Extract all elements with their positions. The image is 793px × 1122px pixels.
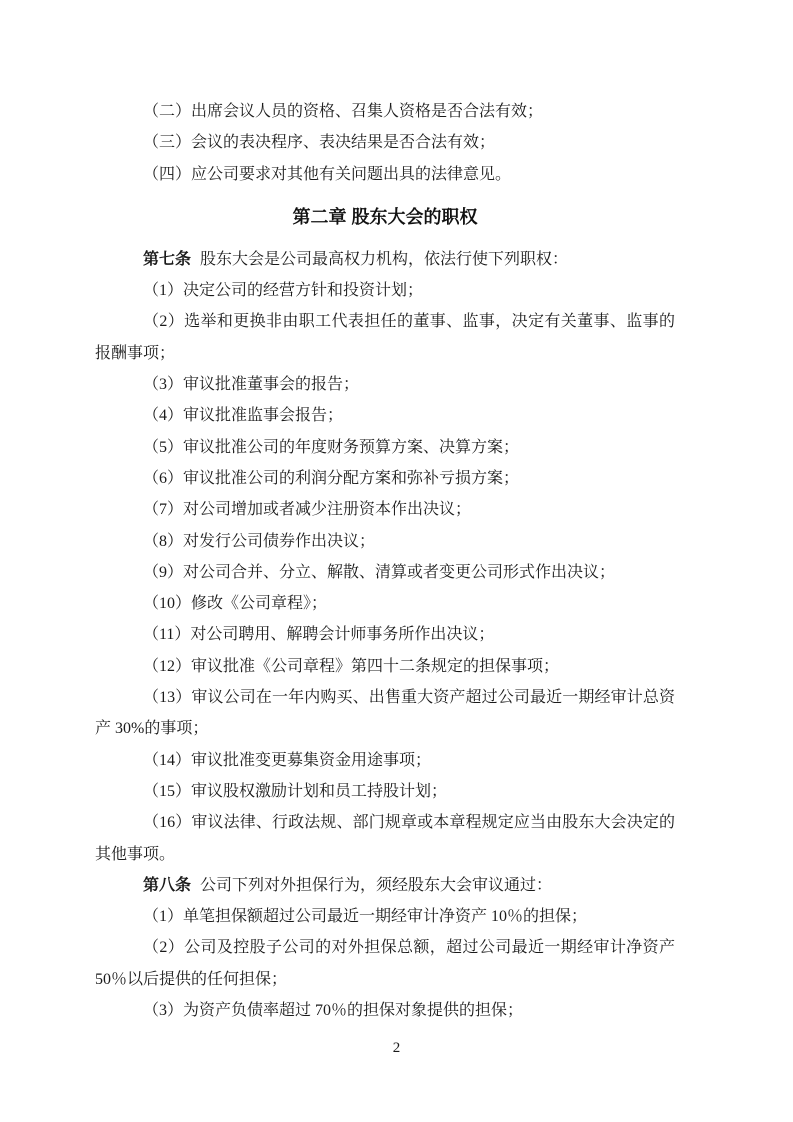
clause-item: （12）审议批准《公司章程》第四十二条规定的担保事项； xyxy=(95,651,675,682)
clause-item: （6）审议批准公司的利润分配方案和弥补亏损方案； xyxy=(95,463,675,494)
clause-text: （13）审议公司在一年内购买、出售重大资产超过公司最近一期经审计总资产 30%的… xyxy=(95,689,675,737)
clause-text: （1）决定公司的经营方针和投资计划； xyxy=(143,282,423,299)
clause-text: （6）审议批准公司的利润分配方案和弥补亏损方案； xyxy=(143,470,519,487)
clause-text: （8）对发行公司债券作出决议； xyxy=(143,533,375,550)
clause-item: （二）出席会议人员的资格、召集人资格是否合法有效； xyxy=(95,96,675,127)
article-text: 公司下列对外担保行为，须经股东大会审议通过： xyxy=(200,877,552,894)
clause-text: （12）审议批准《公司章程》第四十二条规定的担保事项； xyxy=(143,658,559,675)
clause-text: （3）为资产负债率超过 70％的担保对象提供的担保； xyxy=(143,1002,523,1019)
clause-text: （二）出席会议人员的资格、召集人资格是否合法有效； xyxy=(143,103,543,120)
clause-text: （1）单笔担保额超过公司最近一期经审计净资产 10％的担保； xyxy=(143,908,587,925)
clause-text: （3）审议批准董事会的报告； xyxy=(143,376,359,393)
clause-item: （1）决定公司的经营方针和投资计划； xyxy=(95,275,675,306)
clause-text: （7）对公司增加或者减少注册资本作出决议； xyxy=(143,501,471,518)
clause-item: （三）会议的表决程序、表决结果是否合法有效； xyxy=(95,127,675,158)
chapter-heading: 第二章 股东大会的职权 xyxy=(95,200,675,234)
clause-text: （15）审议股权激励计划和员工持股计划； xyxy=(143,783,447,800)
clause-item: （15）审议股权激励计划和员工持股计划； xyxy=(95,776,675,807)
clause-text: （2）选举和更换非由职工代表担任的董事、监事，决定有关董事、监事的报酬事项； xyxy=(95,313,675,361)
clause-text: （14）审议批准变更募集资金用途事项； xyxy=(143,752,431,769)
clause-text: （5）审议批准公司的年度财务预算方案、决算方案； xyxy=(143,439,519,456)
clause-item: （2）选举和更换非由职工代表担任的董事、监事，决定有关董事、监事的报酬事项； xyxy=(95,306,675,369)
clause-text: （10）修改《公司章程》； xyxy=(143,595,327,612)
clause-text: （11）对公司聘用、解聘会计师事务所作出决议； xyxy=(143,626,494,643)
clause-item: （13）审议公司在一年内购买、出售重大资产超过公司最近一期经审计总资产 30%的… xyxy=(95,682,675,745)
clause-item: （3）为资产负债率超过 70％的担保对象提供的担保； xyxy=(95,995,675,1026)
article-number: 第七条 xyxy=(143,251,191,268)
document-body: （二）出席会议人员的资格、召集人资格是否合法有效； （三）会议的表决程序、表决结… xyxy=(95,96,675,1026)
article-paragraph: 第八条公司下列对外担保行为，须经股东大会审议通过： xyxy=(95,870,675,901)
clause-item: （16）审议法律、行政法规、部门规章或本章程规定应当由股东大会决定的其他事项。 xyxy=(95,807,675,870)
page-number: 2 xyxy=(0,1038,793,1058)
clause-item: （3）审议批准董事会的报告； xyxy=(95,369,675,400)
clause-text: （三）会议的表决程序、表决结果是否合法有效； xyxy=(143,134,495,151)
clause-item: （9）对公司合并、分立、解散、清算或者变更公司形式作出决议； xyxy=(95,557,675,588)
clause-text: （9）对公司合并、分立、解散、清算或者变更公司形式作出决议； xyxy=(143,564,615,581)
clause-text: （4）审议批准监事会报告； xyxy=(143,407,343,424)
clause-item: （10）修改《公司章程》； xyxy=(95,588,675,619)
clause-item: （4）审议批准监事会报告； xyxy=(95,400,675,431)
article-text: 股东大会是公司最高权力机构，依法行使下列职权： xyxy=(200,251,568,268)
clause-item: （14）审议批准变更募集资金用途事项； xyxy=(95,745,675,776)
clause-item: （1）单笔担保额超过公司最近一期经审计净资产 10％的担保； xyxy=(95,901,675,932)
clause-item: （11）对公司聘用、解聘会计师事务所作出决议； xyxy=(95,619,675,650)
article-number: 第八条 xyxy=(143,877,191,894)
clause-item: （8）对发行公司债券作出决议； xyxy=(95,526,675,557)
clause-text: （16）审议法律、行政法规、部门规章或本章程规定应当由股东大会决定的其他事项。 xyxy=(95,814,675,862)
clause-item: （5）审议批准公司的年度财务预算方案、决算方案； xyxy=(95,432,675,463)
document-page: （二）出席会议人员的资格、召集人资格是否合法有效； （三）会议的表决程序、表决结… xyxy=(0,0,793,1122)
article-paragraph: 第七条股东大会是公司最高权力机构，依法行使下列职权： xyxy=(95,244,675,275)
clause-text: （2）公司及控股子公司的对外担保总额，超过公司最近一期经审计净资产 50％以后提… xyxy=(95,939,675,987)
clause-item: （7）对公司增加或者减少注册资本作出决议； xyxy=(95,494,675,525)
clause-item: （2）公司及控股子公司的对外担保总额，超过公司最近一期经审计净资产 50％以后提… xyxy=(95,932,675,995)
clause-item: （四）应公司要求对其他有关问题出具的法律意见。 xyxy=(95,159,675,190)
clause-text: （四）应公司要求对其他有关问题出具的法律意见。 xyxy=(143,166,511,183)
